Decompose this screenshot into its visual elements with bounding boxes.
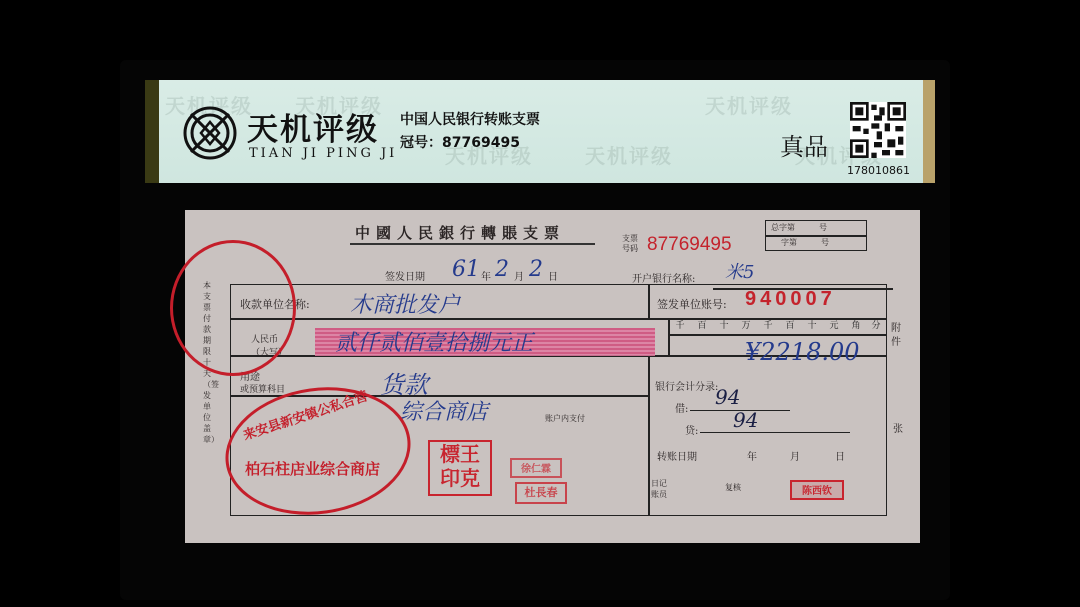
- digit-header: 分: [866, 318, 886, 334]
- credit-label: 贷:: [685, 422, 698, 437]
- review-label: 复核: [725, 482, 741, 493]
- amount-words-hand: 贰仟贰佰壹拾捌元正: [335, 326, 533, 357]
- digit-header: 千: [670, 318, 690, 334]
- issue-year: 61: [452, 257, 480, 282]
- digit-header: 万: [736, 318, 756, 334]
- issue-date-label: 签发日期: [385, 268, 425, 283]
- digit-header: 角: [846, 318, 866, 334]
- ref-row-2: 字第 号: [781, 237, 829, 248]
- check-no-label: 支票号码: [622, 234, 644, 254]
- label-edge-left: [145, 80, 159, 183]
- check-no: 87769495: [647, 234, 732, 256]
- serial-label: 冠号：: [400, 135, 442, 151]
- qr-code-icon[interactable]: [850, 102, 906, 158]
- ref-row-1: 总字第 号: [771, 222, 827, 233]
- square-name-seal: 標王 印克: [428, 440, 492, 496]
- amount-figures-hand: ¥2218.00: [745, 338, 860, 366]
- tianji-logo-icon: [183, 106, 237, 160]
- month-unit: 月: [514, 268, 524, 283]
- digit-header: 十: [714, 318, 734, 334]
- check-title: 中國人民銀行轉賬支票: [355, 222, 565, 243]
- seal-char: 王: [460, 442, 480, 466]
- issuer-hand: 综合商店: [400, 395, 488, 426]
- day-unit: 日: [548, 268, 558, 283]
- brand-name-en: TIAN JI PING JI: [249, 146, 397, 161]
- brand-name-cn: 天机评级: [247, 104, 379, 149]
- transfer-date-label: 转账日期: [657, 448, 697, 463]
- item-name: 中国人民银行转账支票: [400, 109, 540, 129]
- bank-entry-label: 银行会计分录:: [655, 378, 718, 393]
- credit-line: [700, 432, 850, 433]
- sheets-label: 张: [893, 420, 903, 435]
- digit-header: 千: [758, 318, 778, 334]
- digit-header: 元: [824, 318, 844, 334]
- col-divider: [648, 355, 650, 515]
- account-label: 签发单位账号:: [657, 296, 727, 312]
- small-seal-1: 徐仁霖: [510, 458, 562, 478]
- credit-value: 94: [733, 408, 758, 432]
- bank-name-label: 开户银行名称:: [632, 270, 695, 285]
- serial-value: 87769495: [442, 135, 520, 151]
- small-seal-2: 杜長春: [515, 482, 567, 504]
- round-seal-text-mid: 柏石柱店业综合商店: [245, 458, 380, 479]
- attach-label: 附件: [891, 322, 903, 350]
- label-edge-right: [923, 80, 935, 183]
- small-seal-3: 陈西钦: [790, 480, 844, 500]
- digit-header: 百: [692, 318, 712, 334]
- round-seal-upper: [170, 240, 296, 376]
- diary-label: 日记账员: [651, 478, 673, 500]
- title-underline: [350, 243, 595, 245]
- debit-value: 94: [715, 385, 740, 409]
- digit-header: 百: [780, 318, 800, 334]
- issue-month: 2: [495, 257, 509, 282]
- watermark: 天机评级: [705, 90, 793, 119]
- digit-grid-mid: [668, 334, 886, 336]
- watermark: 天机评级: [585, 140, 673, 169]
- digit-header: 十: [802, 318, 822, 334]
- grading-label: 天机评级 天机评级 天机评级 天机评级 天机评级 天机评级 天机评级 TIAN …: [145, 80, 935, 183]
- bank-name-hand: 米5: [725, 258, 754, 284]
- purpose-sub-label: 或预算科目: [240, 382, 285, 395]
- issue-day: 2: [529, 257, 543, 282]
- date-unit: 年: [747, 448, 757, 463]
- account-no: 940007: [745, 288, 836, 311]
- authenticity-grade: 真品: [780, 127, 828, 162]
- debit-label: 借:: [675, 400, 688, 415]
- col-divider: [648, 284, 650, 318]
- serial-number: 冠号：87769495: [400, 132, 520, 152]
- payee-hand: 木商批发户: [350, 288, 460, 319]
- seal-char: 標: [440, 442, 460, 466]
- year-unit: 年: [481, 268, 491, 283]
- date-unit: 月: [790, 448, 800, 463]
- transfer-check: 中國人民銀行轉賬支票 支票号码 87769495 总字第 号 字第 号 签发日期…: [185, 210, 920, 543]
- cert-number: 178010861: [847, 164, 910, 177]
- seal-char: 克: [460, 466, 480, 490]
- account-debit-label: 账户内支付: [545, 413, 585, 424]
- seal-char: 印: [440, 466, 460, 490]
- date-unit: 日: [835, 448, 845, 463]
